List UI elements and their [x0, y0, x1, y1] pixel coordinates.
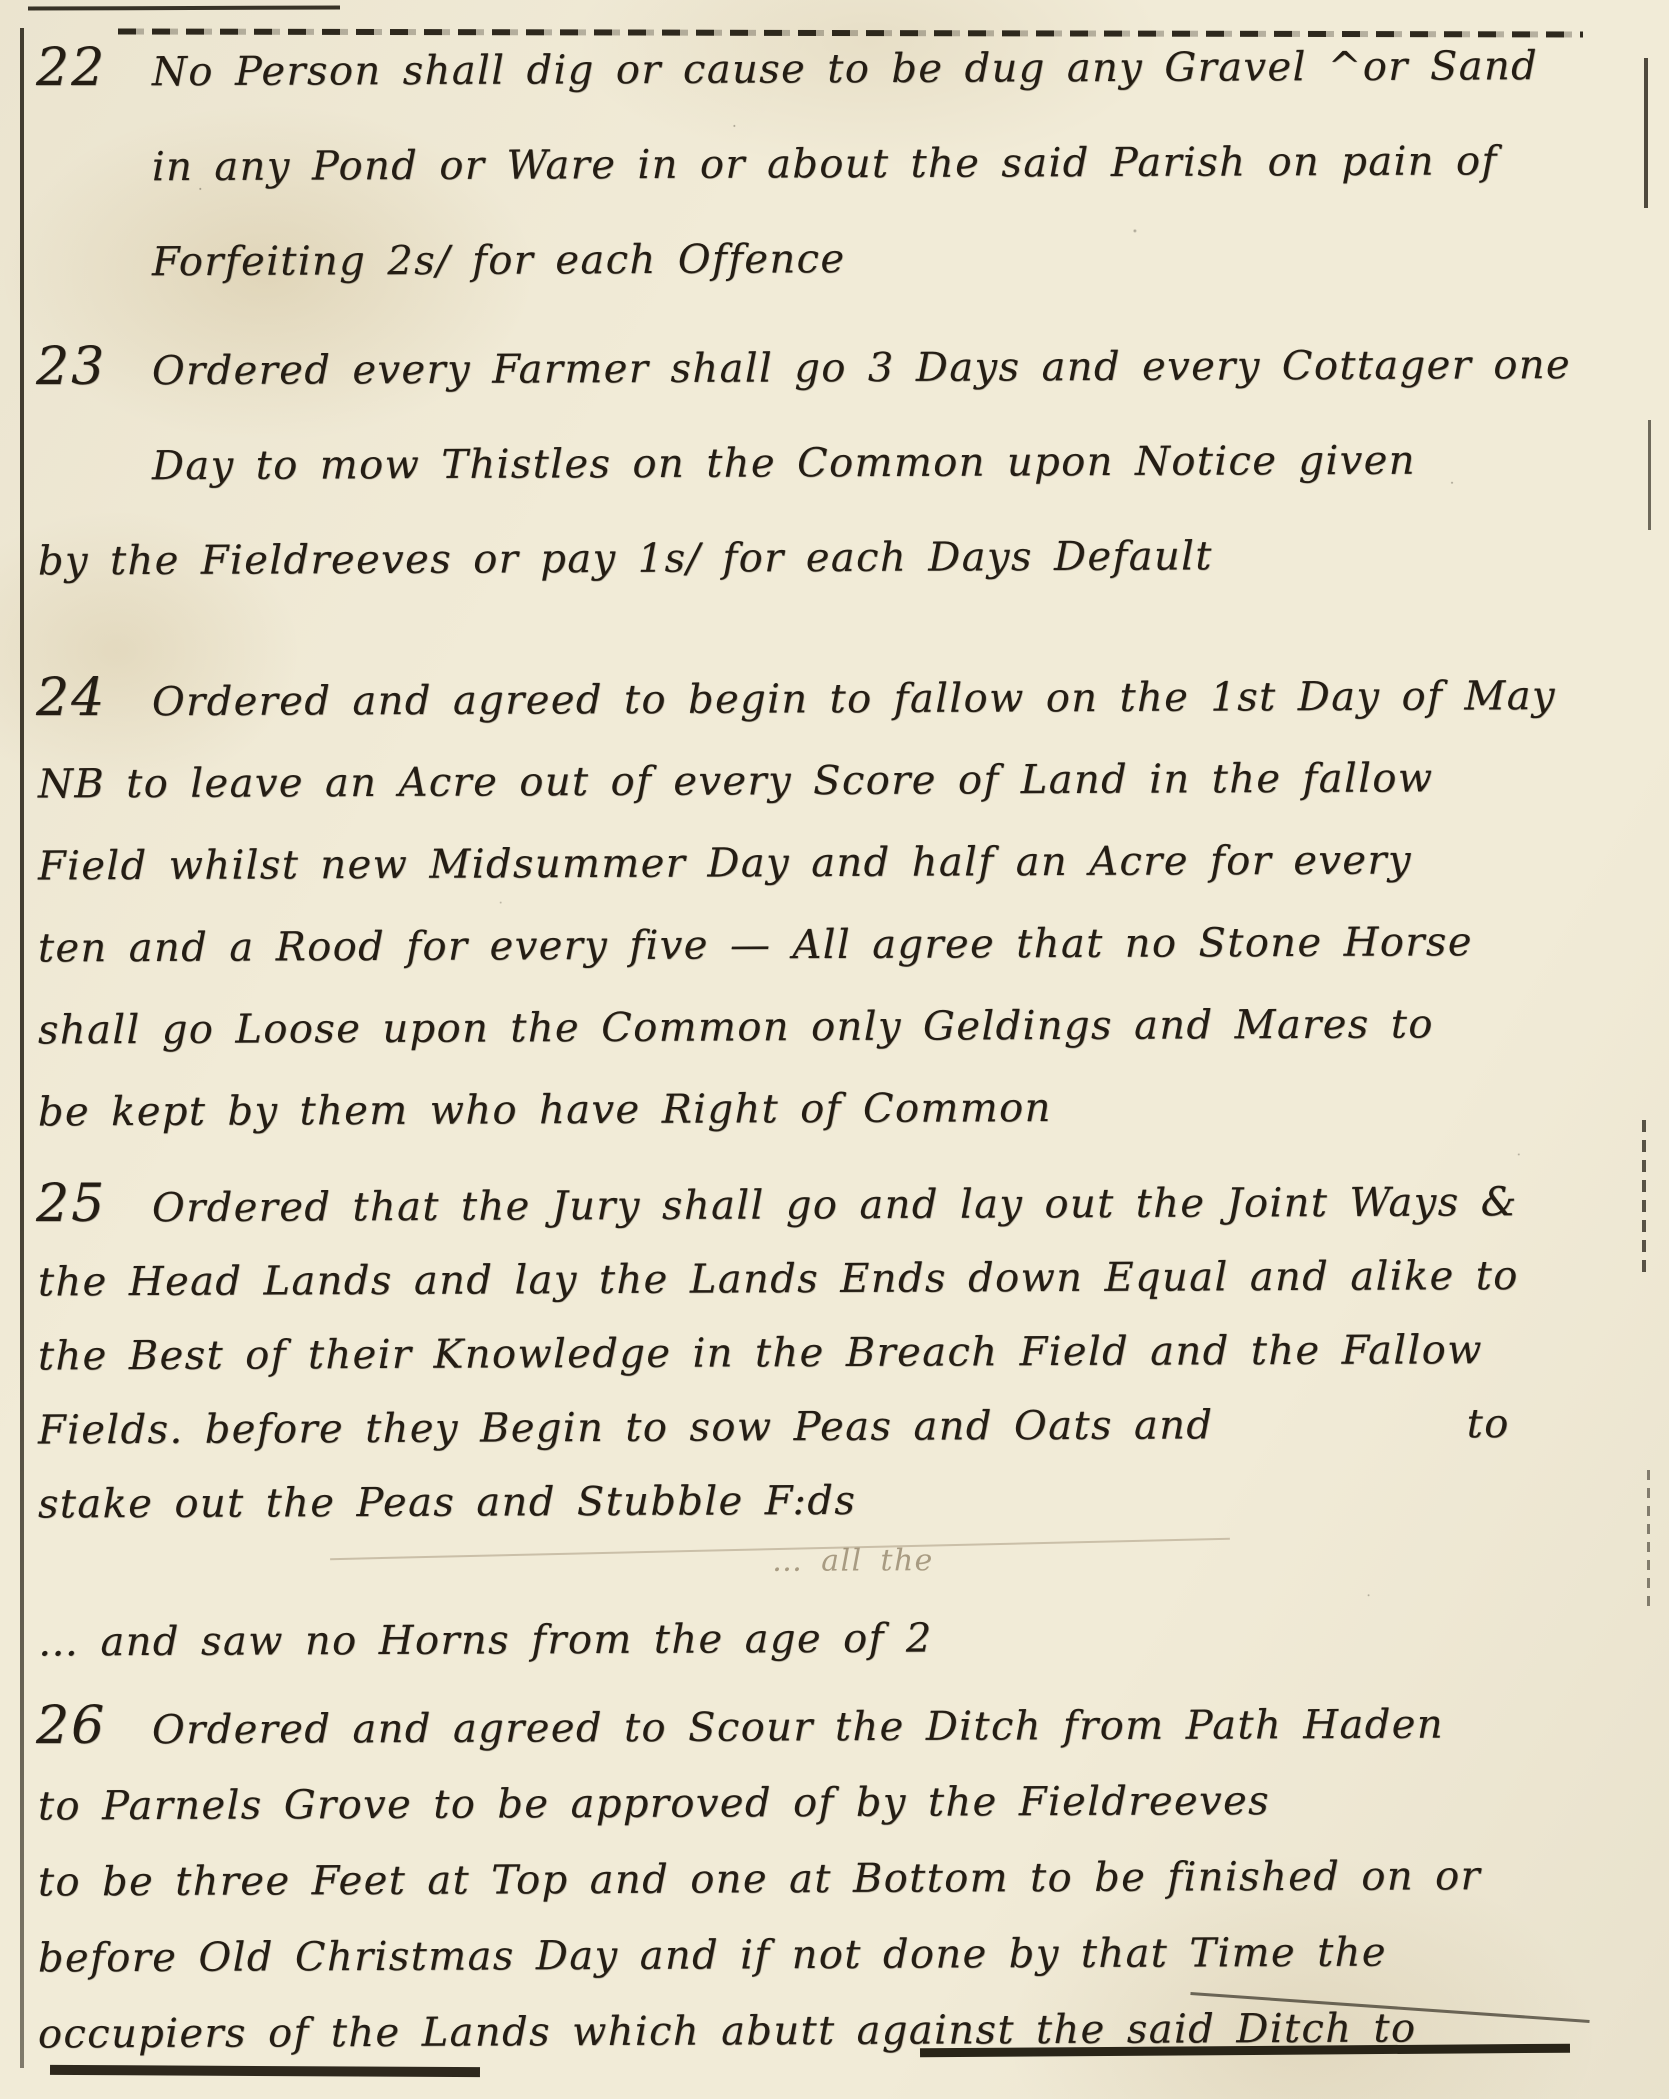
entry-number: 26	[36, 1696, 106, 1756]
manuscript-line: NB to leave an Acre out of every Score o…	[38, 755, 1629, 844]
entry-lines: Ordered and agreed to begin to fallow on…	[152, 676, 1629, 1168]
manuscript-line: Forfeiting 2s/ for each Offence	[152, 233, 1629, 334]
entry-24: 24Ordered and agreed to begin to fallow …	[0, 676, 1629, 1168]
entry-25: 25Ordered that the Jury shall go and lay…	[0, 1182, 1629, 1690]
manuscript-line: before Old Christmas Day and if not done…	[38, 1929, 1629, 2012]
entry-number: 24	[36, 668, 106, 728]
manuscript-page: 22No Person shall dig or cause to be dug…	[0, 0, 1669, 2099]
scan-edge-top-left-line	[28, 5, 340, 10]
manuscript-line: Ordered and agreed to begin to fallow on…	[152, 673, 1629, 761]
entry-lines: Ordered every Farmer shall go 3 Days and…	[152, 345, 1629, 630]
scan-edge-top-dashed-line	[118, 28, 1583, 37]
scan-edge-right-mark-3	[1642, 1120, 1646, 1275]
manuscript-line: to Parnels Grove to be approved of by th…	[38, 1777, 1629, 1860]
entry-lines: Ordered that the Jury shall go and lay o…	[152, 1182, 1629, 1690]
manuscript-line: to be three Feet at Top and one at Botto…	[38, 1853, 1629, 1936]
scan-edge-right-mark-2	[1648, 420, 1651, 530]
manuscript-line: shall go Loose upon the Common only Geld…	[38, 1001, 1629, 1090]
entry-number: 22	[36, 38, 106, 98]
manuscript-line: Day to mow Thistles on the Common upon N…	[152, 437, 1629, 538]
manuscript-line: … all the	[772, 1540, 1629, 1618]
manuscript-line: by the Fieldreeves or pay 1s/ for each D…	[38, 532, 1629, 634]
entry-lines: No Person shall dig or cause to be dug a…	[152, 46, 1629, 331]
entry-23: 23Ordered every Farmer shall go 3 Days a…	[0, 345, 1629, 630]
entry-26: 26Ordered and agreed to Scour the Ditch …	[0, 1704, 1629, 2084]
entry-22: 22No Person shall dig or cause to be dug…	[0, 46, 1629, 331]
manuscript-line: in any Pond or Ware in or about the said…	[152, 138, 1629, 239]
entry-lines: Ordered and agreed to Scour the Ditch fr…	[152, 1704, 1629, 2084]
manuscript-line: Ordered and agreed to Scour the Ditch fr…	[152, 1701, 1629, 1783]
entry-number: 23	[36, 337, 106, 397]
entry-number: 25	[36, 1174, 106, 1234]
manuscript-line: the Head Lands and lay the Lands Ends do…	[38, 1253, 1629, 1334]
manuscript-line: Fields. before they Begin to sow Peas an…	[38, 1401, 1629, 1482]
manuscript-line: ten and a Rood for every five — All agre…	[38, 919, 1629, 1008]
manuscript-line: … and saw no Horns from the age of 2	[38, 1613, 1629, 1694]
manuscript-line: Field whilst new Midsummer Day and half …	[38, 837, 1629, 926]
manuscript-line: occupiers of the Lands which abutt again…	[38, 2005, 1629, 2088]
manuscript-line: Ordered that the Jury shall go and lay o…	[152, 1179, 1629, 1259]
manuscript-line: Ordered every Farmer shall go 3 Days and…	[152, 342, 1629, 443]
scan-edge-right-mark-1	[1644, 58, 1648, 208]
scan-edge-right-mark-4	[1647, 1470, 1650, 1610]
manuscript-line: be kept by them who have Right of Common	[38, 1083, 1629, 1172]
manuscript-line: the Best of their Knowledge in the Breac…	[38, 1327, 1629, 1408]
manuscript-line: No Person shall dig or cause to be dug a…	[152, 43, 1629, 144]
manuscript-entries: 22No Person shall dig or cause to be dug…	[0, 46, 1629, 2084]
